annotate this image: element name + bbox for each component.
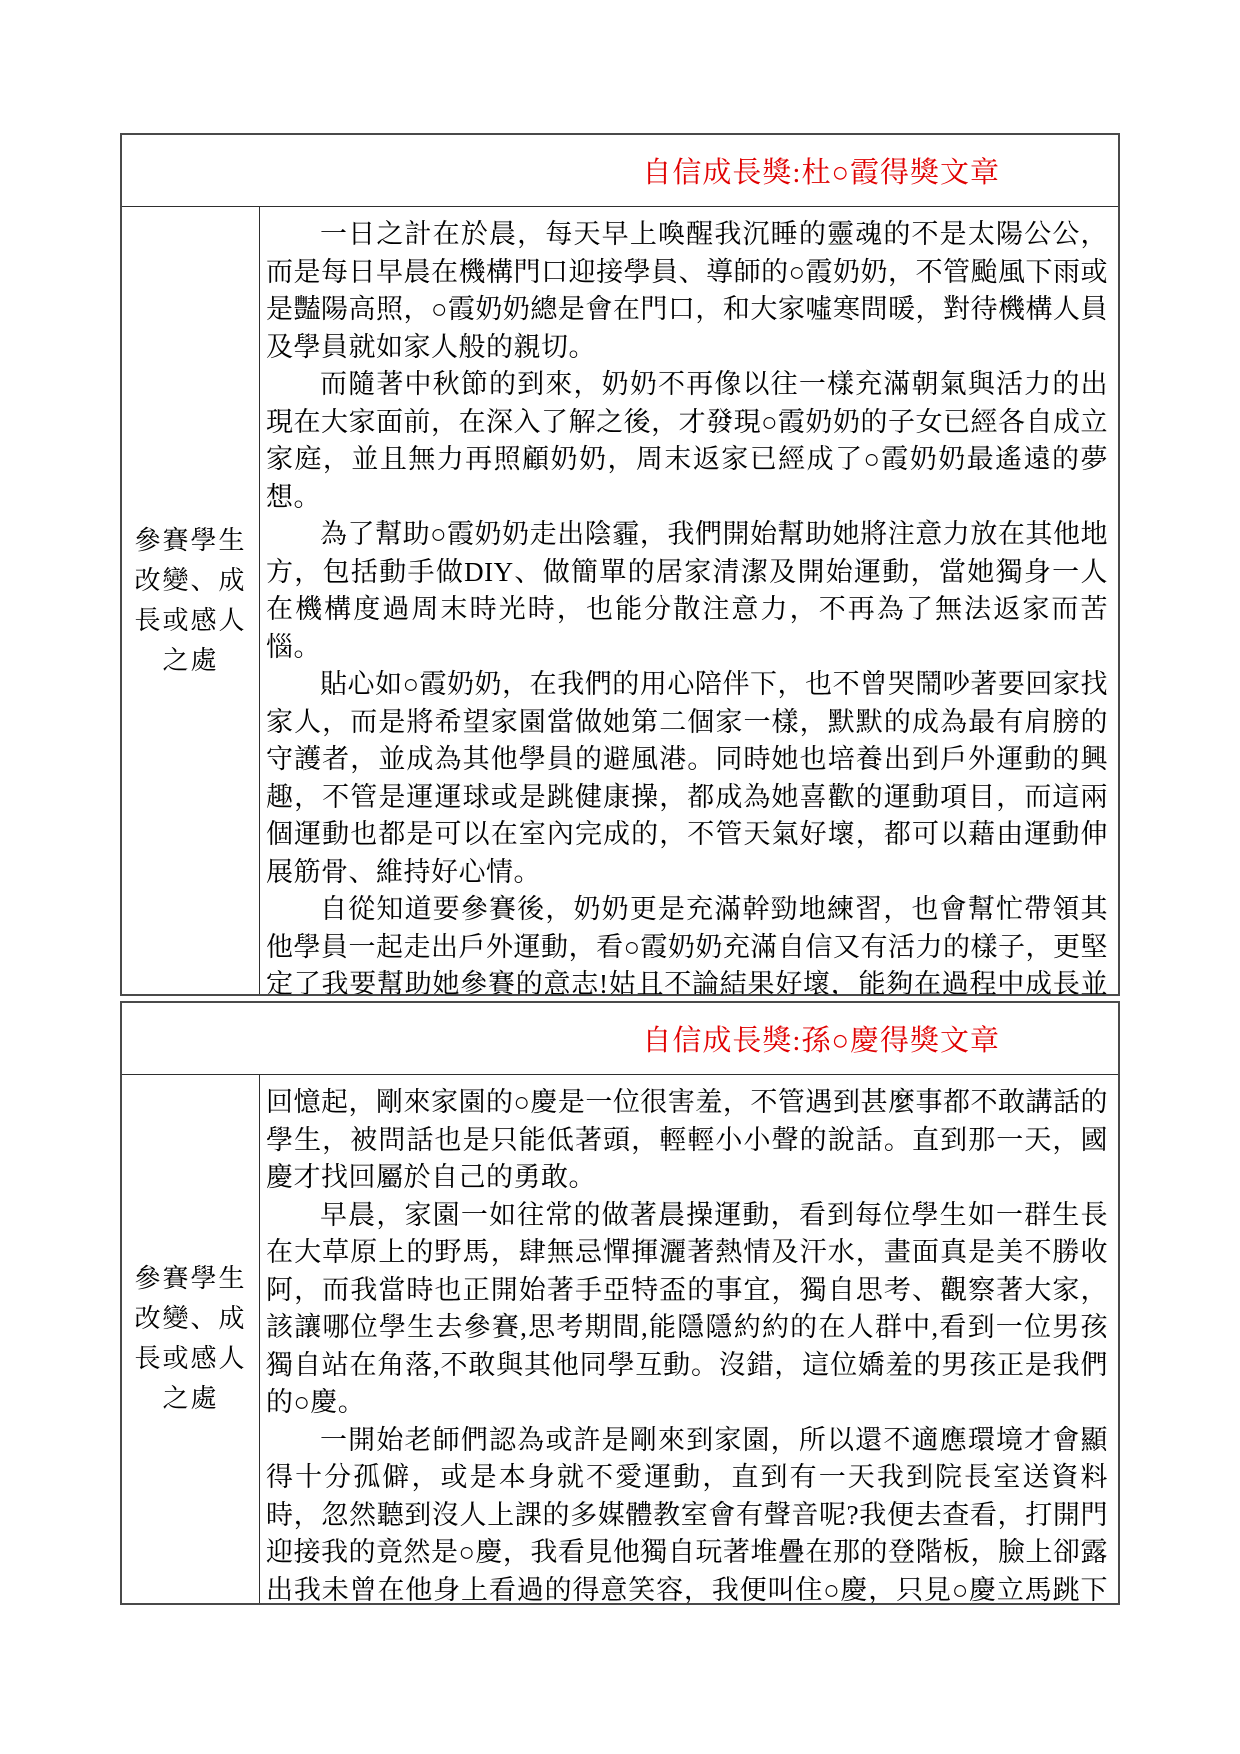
- essay-paragraph: 回憶起，剛來家園的○慶是一位很害羞，不管遇到甚麼事都不敢講話的學生，被問話也是只…: [266, 1084, 1108, 1197]
- award-body-row-2: 參賽學生改變、成長或感人之處 回憶起，剛來家園的○慶是一位很害羞，不管遇到甚麼事…: [122, 1075, 1118, 1603]
- award-document: 自信成長獎:杜○霞得獎文章 參賽學生改變、成長或感人之處 一日之計在於晨，每天早…: [120, 133, 1120, 1605]
- award-table-2: 自信成長獎:孫○慶得獎文章 參賽學生改變、成長或感人之處 回憶起，剛來家園的○慶…: [120, 1001, 1120, 1605]
- essay-text-1: 一日之計在於晨，每天早上喚醒我沉睡的靈魂的不是太陽公公，而是每日早晨在機構門口迎…: [266, 216, 1108, 994]
- category-label-cell-1: 參賽學生改變、成長或感人之處: [122, 207, 260, 994]
- essay-cell-1: 一日之計在於晨，每天早上喚醒我沉睡的靈魂的不是太陽公公，而是每日早晨在機構門口迎…: [260, 207, 1118, 994]
- essay-paragraph: 而隨著中秋節的到來，奶奶不再像以往一樣充滿朝氣與活力的出現在大家面前，在深入了解…: [266, 366, 1108, 516]
- award-title-row-1: 自信成長獎:杜○霞得獎文章: [122, 135, 1118, 207]
- award-title-row-2: 自信成長獎:孫○慶得獎文章: [122, 1003, 1118, 1075]
- essay-paragraph: 一開始老師們認為或許是剛來到家園，所以還不適應環境才會顯得十分孤僻，或是本身就不…: [266, 1422, 1108, 1604]
- category-label-cell-2: 參賽學生改變、成長或感人之處: [122, 1075, 260, 1603]
- essay-text-2: 回憶起，剛來家園的○慶是一位很害羞，不管遇到甚麼事都不敢講話的學生，被問話也是只…: [266, 1084, 1108, 1603]
- award-table-1: 自信成長獎:杜○霞得獎文章 參賽學生改變、成長或感人之處 一日之計在於晨，每天早…: [120, 133, 1120, 996]
- award-title-2: 自信成長獎:孫○慶得獎文章: [642, 1018, 1000, 1059]
- award-body-row-1: 參賽學生改變、成長或感人之處 一日之計在於晨，每天早上喚醒我沉睡的靈魂的不是太陽…: [122, 207, 1118, 994]
- category-label-1: 參賽學生改變、成長或感人之處: [126, 521, 255, 681]
- category-label-2: 參賽學生改變、成長或感人之處: [126, 1259, 255, 1419]
- essay-paragraph: 一日之計在於晨，每天早上喚醒我沉睡的靈魂的不是太陽公公，而是每日早晨在機構門口迎…: [266, 216, 1108, 366]
- essay-paragraph: 早晨，家園一如往常的做著晨操運動，看到每位學生如一群生長在大草原上的野馬，肆無忌…: [266, 1197, 1108, 1422]
- award-title-1: 自信成長獎:杜○霞得獎文章: [642, 150, 1000, 191]
- essay-paragraph: 自從知道要參賽後，奶奶更是充滿幹勁地練習，也會幫忙帶領其他學員一起走出戶外運動，…: [266, 891, 1108, 994]
- essay-cell-2: 回憶起，剛來家園的○慶是一位很害羞，不管遇到甚麼事都不敢講話的學生，被問話也是只…: [260, 1075, 1118, 1603]
- essay-paragraph: 為了幫助○霞奶奶走出陰霾，我們開始幫助她將注意力放在其他地方，包括動手做DIY、…: [266, 516, 1108, 666]
- essay-paragraph: 貼心如○霞奶奶，在我們的用心陪伴下，也不曾哭鬧吵著要回家找家人，而是將希望家園當…: [266, 666, 1108, 891]
